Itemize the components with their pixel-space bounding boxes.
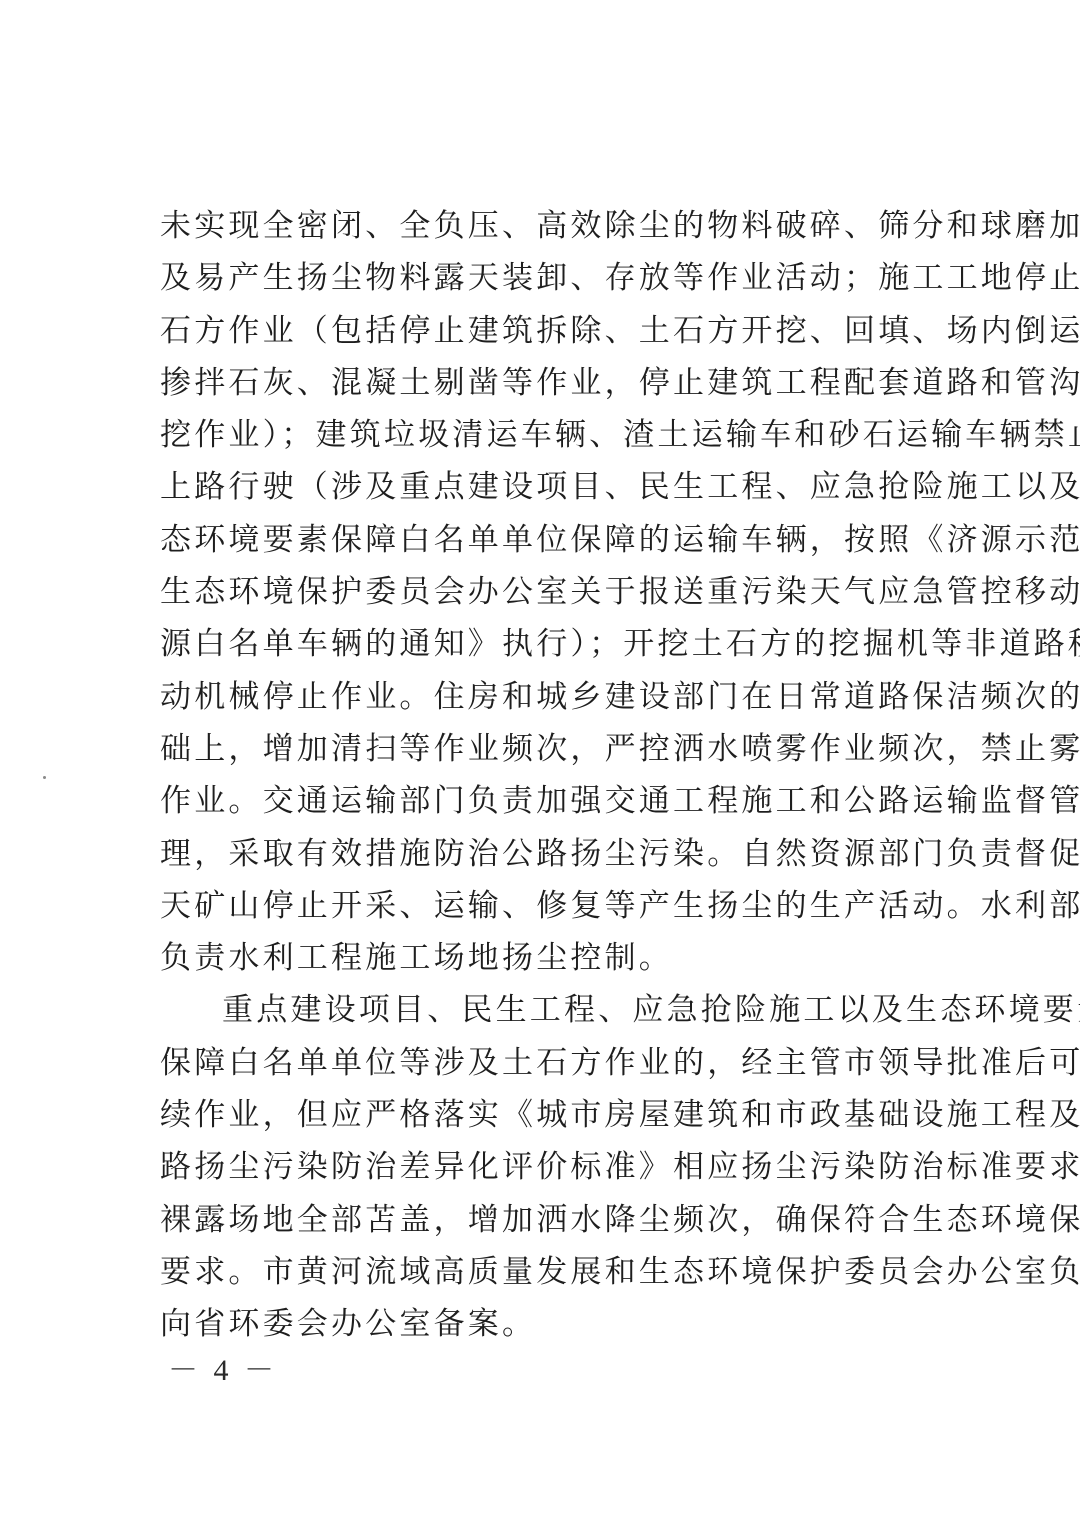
text-line: 负责水利工程施工场地扬尘控制。 — [160, 932, 960, 984]
text-line: 态环境要素保障白名单单位保障的运输车辆，按照《济源示范区 — [160, 514, 960, 566]
text-line: 挖作业）；建筑垃圾清运车辆、渣土运输车和砂石运输车辆禁止 — [160, 409, 960, 461]
text-line: 向省环委会办公室备案。 — [160, 1298, 960, 1350]
paragraph-2: 重点建设项目、民生工程、应急抢险施工以及生态环境要素 保障白名单单位等涉及土石方… — [160, 984, 960, 1350]
text-line: 动机械停止作业。住房和城乡建设部门在日常道路保洁频次的基 — [160, 671, 960, 723]
page-number: － 4 － — [168, 1345, 278, 1389]
text-line: 裸露场地全部苫盖，增加洒水降尘频次，确保符合生态环境保护 — [160, 1194, 960, 1246]
text-line: 保障白名单单位等涉及土石方作业的，经主管市领导批准后可继 — [160, 1037, 960, 1089]
text-line: 源白名单车辆的通知》执行）；开挖土石方的挖掘机等非道路移 — [160, 618, 960, 670]
text-line: 路扬尘污染防治差异化评价标准》相应扬尘污染防治标准要求， — [160, 1141, 960, 1193]
text-line: 础上，增加清扫等作业频次，严控洒水喷雾作业频次，禁止雾炮 — [160, 723, 960, 775]
text-line: 及易产生扬尘物料露天装卸、存放等作业活动；施工工地停止土 — [160, 252, 960, 304]
text-line: 续作业，但应严格落实《城市房屋建筑和市政基础设施工程及道 — [160, 1089, 960, 1141]
document-body: 未实现全密闭、全负压、高效除尘的物料破碎、筛分和球磨加工 及易产生扬尘物料露天装… — [160, 200, 960, 1351]
text-line: 作业。交通运输部门负责加强交通工程施工和公路运输监督管 — [160, 775, 960, 827]
text-line: 上路行驶（涉及重点建设项目、民生工程、应急抢险施工以及生 — [160, 461, 960, 513]
text-line: 理，采取有效措施防治公路扬尘污染。自然资源部门负责督促露 — [160, 828, 960, 880]
text-line: 石方作业（包括停止建筑拆除、土石方开挖、回填、场内倒运、 — [160, 305, 960, 357]
text-line: 生态环境保护委员会办公室关于报送重污染天气应急管控移动 — [160, 566, 960, 618]
paragraph-1: 未实现全密闭、全负压、高效除尘的物料破碎、筛分和球磨加工 及易产生扬尘物料露天装… — [160, 200, 960, 984]
text-line: 天矿山停止开采、运输、修复等产生扬尘的生产活动。水利部门 — [160, 880, 960, 932]
text-line: 要求。市黄河流域高质量发展和生态环境保护委员会办公室负责 — [160, 1246, 960, 1298]
text-line: 重点建设项目、民生工程、应急抢险施工以及生态环境要素 — [160, 984, 960, 1036]
text-line: 掺拌石灰、混凝土剔凿等作业，停止建筑工程配套道路和管沟开 — [160, 357, 960, 409]
text-line: 未实现全密闭、全负压、高效除尘的物料破碎、筛分和球磨加工 — [160, 200, 960, 252]
document-page: 未实现全密闭、全负压、高效除尘的物料破碎、筛分和球磨加工 及易产生扬尘物料露天装… — [0, 0, 1080, 1527]
scan-speck — [43, 776, 46, 779]
